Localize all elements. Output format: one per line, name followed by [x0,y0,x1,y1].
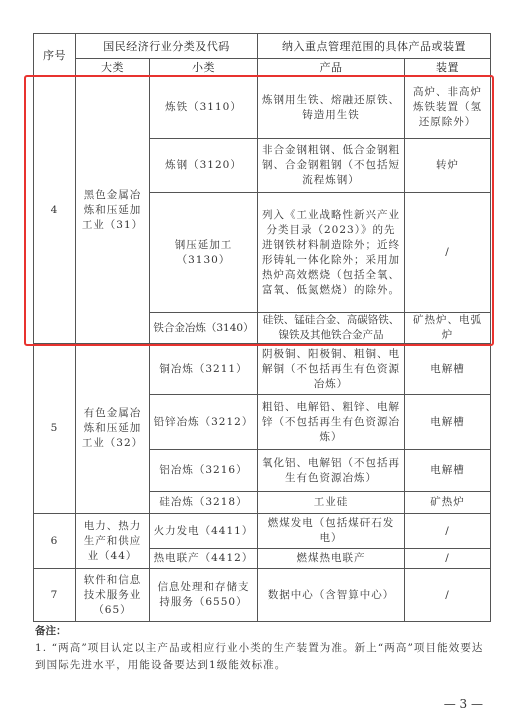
seq-cell: 6 [34,514,76,569]
product-cell: 非合金钢粗钢、低合金钢粗钢、合金钢粗钢（不包括短流程炼钢） [258,139,405,193]
product-cell: 氧化铝、电解铝（不包括再生有色资源冶炼） [258,450,405,492]
product-cell: 炼钢用生铁、熔融还原铁、铸造用生铁 [258,77,405,139]
header-scope: 纳入重点管理范围的具体产品或装置 [258,34,491,59]
table-row: 4 黑色金属冶炼和压延加工业（31） 炼铁（3110） 炼钢用生铁、熔融还原铁、… [34,77,491,139]
header-minor: 小类 [150,59,258,77]
minor-cell: 炼钢（3120） [150,139,258,193]
minor-cell: 火力发电（4411） [150,514,258,549]
device-cell: / [405,549,491,569]
note-item: 1. “两高”项目认定以主产品或相应行业小类的生产装置为准。新上“两高”项目能效… [35,640,495,674]
header-device: 装置 [405,59,491,77]
minor-cell: 铝冶炼（3216） [150,450,258,492]
product-cell: 燃煤热电联产 [258,549,405,569]
key-management-scope-table: 序号 国民经济行业分类及代码 纳入重点管理范围的具体产品或装置 大类 小类 产品… [33,33,491,622]
major-cell: 黑色金属冶炼和压延加工业（31） [76,77,150,344]
table-row: 7 软件和信息技术服务业（65） 信息处理和存储支持服务（6550） 数据中心（… [34,569,491,622]
device-cell: 电解槽 [405,344,491,395]
notes-title: 备注： [35,623,495,640]
product-cell: 硅铁、锰硅合金、高碳铬铁、镍铁及其他铁合金产品 [258,313,405,344]
minor-cell: 钢压延加工（3130） [150,193,258,313]
device-cell: / [405,193,491,313]
device-cell: 高炉、非高炉炼铁装置（氢还原除外） [405,77,491,139]
product-cell: 列入《工业战略性新兴产业分类目录（2023）》的先进钢铁材料制造除外；近终形铸轧… [258,193,405,313]
product-cell: 粗铅、电解铅、粗锌、电解锌（不包括再生有色资源冶炼） [258,395,405,450]
device-cell: 转炉 [405,139,491,193]
table-row: 5 有色金属冶炼和压延加工业（32） 铜冶炼（3211） 阴极铜、阳极铜、粗铜、… [34,344,491,395]
page-number: — 3 — [444,697,483,711]
major-cell: 软件和信息技术服务业（65） [76,569,150,622]
device-cell: / [405,569,491,622]
minor-cell: 信息处理和存储支持服务（6550） [150,569,258,622]
seq-cell: 4 [34,77,76,344]
device-cell: 矿热炉 [405,492,491,514]
product-cell: 阴极铜、阳极铜、粗铜、电解铜（不包括再生有色资源冶炼） [258,344,405,395]
minor-cell: 硅冶炼（3218） [150,492,258,514]
product-cell: 工业硅 [258,492,405,514]
device-cell: 电解槽 [405,450,491,492]
header-major: 大类 [76,59,150,77]
device-cell: 电解槽 [405,395,491,450]
product-cell: 燃煤发电（包括煤矸石发电） [258,514,405,549]
minor-cell: 铅锌冶炼（3212） [150,395,258,450]
header-product: 产品 [258,59,405,77]
seq-cell: 5 [34,344,76,514]
device-cell: 矿热炉、电弧炉 [405,313,491,344]
notes-section: 备注： 1. “两高”项目认定以主产品或相应行业小类的生产装置为准。新上“两高”… [35,623,495,674]
minor-cell: 炼铁（3110） [150,77,258,139]
seq-cell: 7 [34,569,76,622]
header-seq: 序号 [34,34,76,77]
minor-cell: 铜冶炼（3211） [150,344,258,395]
product-cell: 数据中心（含智算中心） [258,569,405,622]
header-industry-classification: 国民经济行业分类及代码 [76,34,258,59]
table-row: 6 电力、热力生产和供应业（44） 火力发电（4411） 燃煤发电（包括煤矸石发… [34,514,491,549]
major-cell: 电力、热力生产和供应业（44） [76,514,150,569]
minor-cell: 热电联产（4412） [150,549,258,569]
minor-cell: 铁合金冶炼（3140） [150,313,258,344]
device-cell: / [405,514,491,549]
major-cell: 有色金属冶炼和压延加工业（32） [76,344,150,514]
